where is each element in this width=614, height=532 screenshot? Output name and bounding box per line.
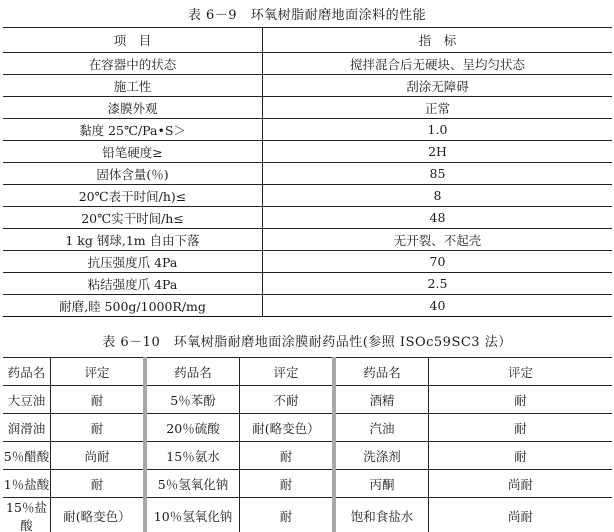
rating-cell: 耐 [51, 470, 146, 498]
header-rating: 评定 [51, 358, 146, 386]
table-row: 在容器中的状态搅拌混合后无硬块、呈均匀状态 [3, 53, 612, 75]
header-chemical: 药品名 [145, 358, 240, 386]
item-cell: 固体含量(％) [3, 163, 263, 185]
header-value: 指 标 [263, 28, 613, 53]
value-cell: 2H [263, 141, 613, 163]
rating-cell: 尚耐 [429, 498, 613, 532]
item-cell: 漆膜外观 [3, 97, 263, 119]
item-cell: 粘结强度爪 4Pa [3, 273, 263, 295]
chemical-cell: 5％醋酸 [3, 442, 51, 470]
item-cell: 在容器中的状态 [3, 53, 263, 75]
header-chemical: 药品名 [334, 358, 429, 386]
table-row: 20℃表干时间/h)≤8 [3, 185, 612, 207]
table-row: 固体含量(％)85 [3, 163, 612, 185]
rating-cell: 尚耐 [51, 442, 146, 470]
value-cell: 无开裂、不起壳 [263, 229, 613, 251]
chemical-cell: 洗涤剂 [334, 442, 429, 470]
item-cell: 1 kg 钢球,1m 自由下落 [3, 229, 263, 251]
table-row: 黏度 25℃/Pa•S＞1.0 [3, 119, 612, 141]
value-cell: 70 [263, 251, 613, 273]
item-cell: 黏度 25℃/Pa•S＞ [3, 119, 263, 141]
rating-cell: 不耐 [240, 386, 335, 414]
value-cell: 48 [263, 207, 613, 229]
item-cell: 20℃实干时间/h≤ [3, 207, 263, 229]
chemical-cell: 20％硫酸 [145, 414, 240, 442]
chemical-cell: 15％氨水 [145, 442, 240, 470]
chemical-cell: 1％盐酸 [3, 470, 51, 498]
table-header-row: 项 目 指 标 [3, 28, 612, 53]
header-rating: 评定 [429, 358, 613, 386]
table-row: 20℃实干时间/h≤48 [3, 207, 612, 229]
header-item: 项 目 [3, 28, 263, 53]
table-row: 耐磨,睦 500g/1000R/mg40 [3, 295, 612, 317]
chemical-resistance-table: 药品名 评定 药品名 评定 药品名 评定 大豆油 耐 5％苯酚 不耐 酒精 耐 … [3, 357, 612, 532]
value-cell: 2.5 [263, 273, 613, 295]
table1-title: 表 6－9 环氧树脂耐磨地面涂料的性能 [0, 4, 614, 23]
rating-cell: 耐 [240, 470, 335, 498]
value-cell: 40 [263, 295, 613, 317]
rating-cell: 耐 [51, 386, 146, 414]
chemical-cell: 大豆油 [3, 386, 51, 414]
value-cell: 正常 [263, 97, 613, 119]
chemical-cell: 丙酮 [334, 470, 429, 498]
table-row: 大豆油 耐 5％苯酚 不耐 酒精 耐 [3, 386, 612, 414]
chemical-cell: 汽油 [334, 414, 429, 442]
rating-cell: 耐(略变色） [51, 498, 146, 532]
table-row: 15％盐酸 耐(略变色） 10％氢氧化钠 耐 饱和食盐水 尚耐 [3, 498, 612, 532]
chemical-cell: 5％苯酚 [145, 386, 240, 414]
chemical-cell: 酒精 [334, 386, 429, 414]
value-cell: 8 [263, 185, 613, 207]
item-cell: 铅笔硬度≥ [3, 141, 263, 163]
table-row: 抗压强度爪 4Pa70 [3, 251, 612, 273]
table-row: 润滑油 耐 20％硫酸 耐(略变色） 汽油 耐 [3, 414, 612, 442]
rating-cell: 耐 [240, 442, 335, 470]
table-row: 5％醋酸 尚耐 15％氨水 耐 洗涤剂 耐 [3, 442, 612, 470]
rating-cell: 尚耐 [429, 470, 613, 498]
chemical-cell: 润滑油 [3, 414, 51, 442]
table2-title: 表 6－10 环氧树脂耐磨地面涂膜耐药品性(参照 ISOc59SC3 法） [0, 331, 614, 350]
table-row: 施工性刮涂无障碍 [3, 75, 612, 97]
value-cell: 85 [263, 163, 613, 185]
chemical-cell: 15％盐酸 [3, 498, 51, 532]
header-chemical: 药品名 [3, 358, 51, 386]
value-cell: 1.0 [263, 119, 613, 141]
value-cell: 搅拌混合后无硬块、呈均匀状态 [263, 53, 613, 75]
item-cell: 耐磨,睦 500g/1000R/mg [3, 295, 263, 317]
item-cell: 抗压强度爪 4Pa [3, 251, 263, 273]
chemical-cell: 5％氢氧化钠 [145, 470, 240, 498]
table-row: 1％盐酸 耐 5％氢氧化钠 耐 丙酮 尚耐 [3, 470, 612, 498]
table-header-row: 药品名 评定 药品名 评定 药品名 评定 [3, 358, 612, 386]
chemical-cell: 10％氢氧化钠 [145, 498, 240, 532]
properties-table: 项 目 指 标 在容器中的状态搅拌混合后无硬块、呈均匀状态 施工性刮涂无障碍 漆… [3, 27, 612, 317]
rating-cell: 耐 [429, 442, 613, 470]
table-row: 漆膜外观正常 [3, 97, 612, 119]
table-row: 铅笔硬度≥2H [3, 141, 612, 163]
rating-cell: 耐 [240, 498, 335, 532]
rating-cell: 耐 [429, 414, 613, 442]
header-rating: 评定 [240, 358, 335, 386]
item-cell: 20℃表干时间/h)≤ [3, 185, 263, 207]
chemical-cell: 饱和食盐水 [334, 498, 429, 532]
table-row: 1 kg 钢球,1m 自由下落无开裂、不起壳 [3, 229, 612, 251]
item-cell: 施工性 [3, 75, 263, 97]
rating-cell: 耐(略变色） [240, 414, 335, 442]
rating-cell: 耐 [429, 386, 613, 414]
value-cell: 刮涂无障碍 [263, 75, 613, 97]
table-row: 粘结强度爪 4Pa2.5 [3, 273, 612, 295]
rating-cell: 耐 [51, 414, 146, 442]
